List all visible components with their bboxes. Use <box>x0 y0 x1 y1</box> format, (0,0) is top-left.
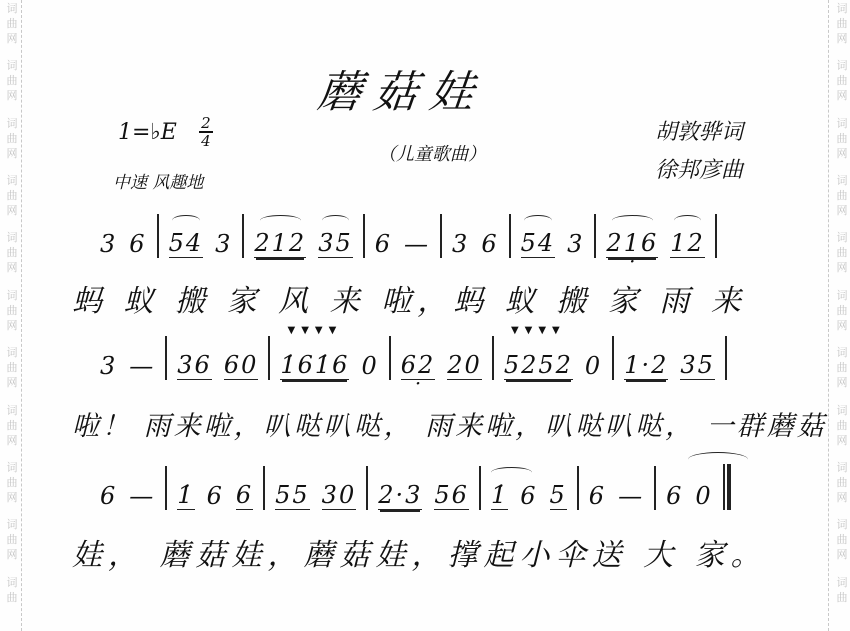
watermark-group: 词曲网 <box>837 229 848 286</box>
note-group: 54 <box>169 229 204 258</box>
note-group: 36 <box>177 351 212 380</box>
watermark-char: 词 <box>837 116 848 131</box>
watermark-group: 词曲网 <box>837 287 848 344</box>
measure: 1̇ 6 6 <box>167 466 263 510</box>
watermark-char: 网 <box>7 146 18 161</box>
watermark-char: 词 <box>7 575 18 590</box>
barline <box>725 336 727 380</box>
note: 1̇ <box>491 481 508 510</box>
measure: 3 6 <box>442 214 509 258</box>
watermark-char: 网 <box>837 318 848 333</box>
note-group: 35 <box>318 229 353 258</box>
measure: 6 — <box>579 466 654 510</box>
note: 6 <box>520 482 537 510</box>
watermark-char: 曲 <box>7 245 18 260</box>
watermark-char: 网 <box>7 547 18 562</box>
measure: 3 — <box>90 336 165 380</box>
watermark-char: 网 <box>837 260 848 275</box>
note-group: 12 <box>670 229 705 258</box>
note: 3 <box>567 230 584 258</box>
watermark-char: 曲 <box>837 418 848 433</box>
watermark-group: 词曲 <box>837 574 848 631</box>
measure: 3 6 <box>90 214 157 258</box>
watermark-char: 曲 <box>837 245 848 260</box>
note-group: 56 <box>434 481 469 510</box>
song-title: 蘑菇娃 <box>315 56 490 120</box>
slur <box>172 215 200 226</box>
watermark-char: 网 <box>7 318 18 333</box>
measure: 6 — <box>90 466 165 510</box>
song-subtitle: （儿童歌曲） <box>378 140 486 166</box>
watermark-group: 词曲网 <box>7 0 18 57</box>
watermark-char: 曲 <box>837 590 848 605</box>
watermark-char: 网 <box>837 88 848 103</box>
watermark-char: 网 <box>837 547 848 562</box>
watermark-right: 词曲网 词曲网 词曲网 词曲网 词曲网 词曲网 词曲网 词曲网 词曲网 词曲网 … <box>832 0 850 631</box>
measure: 6 — <box>365 214 440 258</box>
watermark-char: 词 <box>7 460 18 475</box>
lyrics-line-3: 娃， 蘑菇娃，蘑菇娃，撑起小伞送 大 家。 <box>72 530 767 574</box>
notation-system-2: 3 — 36 60 ▼▼▼▼1̇61̇6 0 62 20 ▼▼▼▼5252 0 … <box>90 332 727 380</box>
measure: 1·2 35 <box>614 336 725 380</box>
watermark-group: 词曲网 <box>837 344 848 401</box>
dash: — <box>129 352 155 380</box>
note-group: 30 <box>322 481 357 510</box>
note-group: 1·2 <box>624 351 668 380</box>
watermark-char: 曲 <box>837 532 848 547</box>
note-group: 62 <box>401 351 436 380</box>
measure: 55 30 <box>265 466 366 510</box>
note-group: 212 <box>254 229 306 258</box>
watermark-char: 网 <box>7 203 18 218</box>
watermark-group: 词曲网 <box>7 344 18 401</box>
final-barline <box>723 464 731 510</box>
watermark-char: 词 <box>837 345 848 360</box>
note-group: 20 <box>447 351 482 380</box>
watermark-char: 网 <box>7 260 18 275</box>
note-group: 2·3 <box>378 481 422 510</box>
watermark-group: 词曲网 <box>837 402 848 459</box>
watermark-group: 词曲网 <box>7 459 18 516</box>
watermark-char: 网 <box>837 490 848 505</box>
measure: 54 3 <box>511 214 595 258</box>
watermark-char: 曲 <box>7 360 18 375</box>
lyrics-line-1: 蚂 蚁 搬 家 风 来 啦，蚂 蚁 搬 家 雨 来 <box>72 276 747 320</box>
dash: — <box>129 482 155 510</box>
note: 3 <box>100 352 117 380</box>
watermark-group: 词曲网 <box>837 57 848 114</box>
watermark-group: 词曲网 <box>837 459 848 516</box>
watermark-char: 网 <box>7 375 18 390</box>
note-group: 60 <box>224 351 259 380</box>
note-group: 35 <box>680 351 715 380</box>
watermark-char: 网 <box>837 433 848 448</box>
slur <box>674 215 702 226</box>
watermark-left: 词曲网 词曲网 词曲网 词曲网 词曲网 词曲网 词曲网 词曲网 词曲网 词曲网 … <box>2 0 22 631</box>
slur <box>260 215 301 226</box>
measure: 1̇ 6 5 <box>481 466 577 510</box>
note-group: ▼▼▼▼5252 <box>504 351 573 380</box>
watermark-group: 词曲网 <box>7 287 18 344</box>
watermark-char: 词 <box>837 230 848 245</box>
notation-system-1: 3 6 54 3 212 35 6 — 3 6 54 3 216 12 <box>90 210 717 258</box>
note: 6 <box>207 482 224 510</box>
measure: 212 35 <box>244 214 362 258</box>
accent-marks: ▼▼▼▼ <box>280 325 349 336</box>
measure: 216 12 <box>596 214 714 258</box>
slur <box>491 467 532 478</box>
watermark-char: 词 <box>837 1 848 16</box>
note: 6 <box>129 230 146 258</box>
note: 6 <box>375 230 392 258</box>
note: 6 <box>666 482 683 510</box>
note-group: 216 <box>606 229 658 258</box>
watermark-char: 网 <box>837 146 848 161</box>
watermark-char: 词 <box>837 58 848 73</box>
watermark-group: 词曲网 <box>7 516 18 573</box>
note: 1̇ <box>177 481 194 510</box>
rest: 0 <box>361 352 378 380</box>
watermark-char: 网 <box>837 203 848 218</box>
notation-system-3: 6 — 1̇ 6 6 55 30 2·3 56 1̇ 6 5 6 — 6 0 <box>90 462 731 510</box>
watermark-char: 词 <box>837 403 848 418</box>
watermark-char: 词 <box>7 230 18 245</box>
watermark-char: 网 <box>7 88 18 103</box>
note: 5 <box>550 481 567 510</box>
note-group: 55 <box>275 481 310 510</box>
watermark-char: 曲 <box>7 532 18 547</box>
watermark-char: 曲 <box>7 475 18 490</box>
watermark-char: 网 <box>7 433 18 448</box>
watermark-group: 词曲网 <box>7 115 18 172</box>
note: 6 <box>481 230 498 258</box>
time-signature-top: 2 <box>201 116 211 130</box>
accent-marks: ▼▼▼▼ <box>504 325 573 336</box>
watermark-divider-left <box>21 0 22 631</box>
rest: 0 <box>695 482 712 510</box>
watermark-char: 词 <box>7 288 18 303</box>
watermark-group: 词曲网 <box>837 0 848 57</box>
watermark-group: 词曲网 <box>837 516 848 573</box>
slur <box>524 215 552 226</box>
watermark-char: 曲 <box>7 418 18 433</box>
watermark-char: 词 <box>837 575 848 590</box>
measure: ▼▼▼▼5252 0 <box>494 336 612 380</box>
watermark-char: 网 <box>837 31 848 46</box>
note-group: 54 <box>521 229 556 258</box>
measure: 2·3 56 <box>368 466 479 510</box>
watermark-char: 词 <box>837 173 848 188</box>
watermark-char: 词 <box>7 173 18 188</box>
time-signature-bottom: 4 <box>201 134 211 148</box>
watermark-group: 词曲网 <box>7 57 18 114</box>
watermark-char: 词 <box>837 460 848 475</box>
watermark-char: 曲 <box>7 590 18 605</box>
watermark-char: 词 <box>7 517 18 532</box>
watermark-group: 词曲网 <box>7 402 18 459</box>
dash: — <box>618 482 644 510</box>
watermark-group: 词曲网 <box>837 172 848 229</box>
measure: 36 60 <box>167 336 268 380</box>
watermark-char: 网 <box>7 31 18 46</box>
watermark-char: 曲 <box>7 73 18 88</box>
watermark-char: 曲 <box>7 131 18 146</box>
watermark-divider-right <box>828 0 829 631</box>
dash: — <box>404 230 430 258</box>
watermark-char: 词 <box>7 403 18 418</box>
time-signature: 2 4 <box>199 116 213 148</box>
measure: 62 20 <box>391 336 492 380</box>
watermark-group: 词曲网 <box>7 229 18 286</box>
watermark-char: 词 <box>7 345 18 360</box>
watermark-char: 词 <box>7 116 18 131</box>
note: 3 <box>100 230 117 258</box>
watermark-char: 曲 <box>7 188 18 203</box>
watermark-char: 曲 <box>837 360 848 375</box>
watermark-char: 曲 <box>7 303 18 318</box>
watermark-char: 曲 <box>7 16 18 31</box>
measure: 6 0 <box>656 466 723 510</box>
watermark-group: 词曲网 <box>7 172 18 229</box>
key-signature: 1=♭E <box>118 120 177 145</box>
note: 3 <box>452 230 469 258</box>
watermark-char: 网 <box>837 375 848 390</box>
watermark-group: 词曲网 <box>837 115 848 172</box>
watermark-char: 曲 <box>837 16 848 31</box>
note: 6 <box>589 482 606 510</box>
note: 6 <box>100 482 117 510</box>
watermark-char: 词 <box>837 517 848 532</box>
slur <box>612 215 653 226</box>
watermark-char: 曲 <box>837 188 848 203</box>
barline <box>715 214 717 258</box>
note: 6 <box>236 481 253 510</box>
slur <box>322 215 350 226</box>
watermark-char: 词 <box>837 288 848 303</box>
watermark-char: 词 <box>7 1 18 16</box>
lyricist: 胡敦骅词 <box>655 114 743 152</box>
measure: 54 3 <box>159 214 243 258</box>
lyrics-line-2: 啦！ 雨来啦，叭哒叭哒， 雨来啦，叭哒叭哒， 一群蘑菇 <box>72 404 827 443</box>
watermark-char: 词 <box>7 58 18 73</box>
credits: 胡敦骅词 徐邦彦曲 <box>655 114 743 190</box>
key-and-time: 1=♭E 2 4 <box>118 116 213 148</box>
watermark-char: 曲 <box>837 303 848 318</box>
note: 3 <box>215 230 232 258</box>
watermark-group: 词曲 <box>7 574 18 631</box>
watermark-char: 曲 <box>837 131 848 146</box>
measure: ▼▼▼▼1̇61̇6 0 <box>270 336 388 380</box>
tempo-marking: 中速 风趣地 <box>113 168 203 193</box>
watermark-char: 曲 <box>837 73 848 88</box>
note-group: ▼▼▼▼1̇61̇6 <box>280 351 349 380</box>
composer: 徐邦彦曲 <box>655 152 743 190</box>
watermark-char: 曲 <box>837 475 848 490</box>
rest: 0 <box>585 352 602 380</box>
watermark-char: 网 <box>7 490 18 505</box>
